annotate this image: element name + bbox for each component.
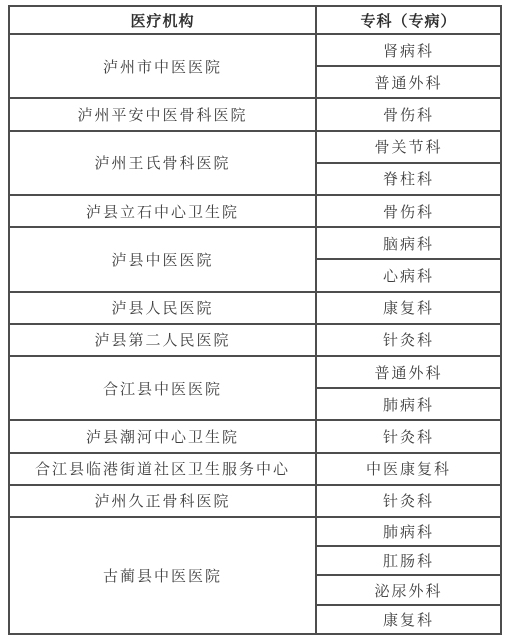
- institution-cell: 泸州市中医医院: [9, 34, 316, 98]
- specialty-cell: 脊柱科: [316, 163, 501, 195]
- institution-cell: 泸县人民医院: [9, 292, 316, 324]
- specialty-cell: 肺病科: [316, 388, 501, 420]
- specialty-cell: 脑病科: [316, 227, 501, 259]
- specialty-cell: 针灸科: [316, 420, 501, 452]
- table-row: 泸县立石中心卫生院骨伤科: [9, 195, 501, 227]
- institution-cell: 泸县潮河中心卫生院: [9, 420, 316, 452]
- header-specialty: 专科（专病）: [316, 6, 501, 34]
- institution-cell: 泸州王氏骨科医院: [9, 131, 316, 195]
- institution-cell: 泸州久正骨科医院: [9, 485, 316, 517]
- institution-cell: 泸县第二人民医院: [9, 324, 316, 356]
- table-header: 医疗机构 专科（专病）: [9, 6, 501, 34]
- table-row: 泸州平安中医骨科医院骨伤科: [9, 98, 501, 130]
- table-body: 泸州市中医医院肾病科普通外科泸州平安中医骨科医院骨伤科泸州王氏骨科医院骨关节科脊…: [9, 34, 501, 634]
- medical-institutions-table: 医疗机构 专科（专病） 泸州市中医医院肾病科普通外科泸州平安中医骨科医院骨伤科泸…: [8, 5, 502, 635]
- table-row: 古蔺县中医医院肺病科: [9, 517, 501, 546]
- table-row: 泸县中医医院脑病科: [9, 227, 501, 259]
- table-row: 泸州市中医医院肾病科: [9, 34, 501, 66]
- specialty-cell: 泌尿外科: [316, 575, 501, 604]
- specialty-cell: 普通外科: [316, 66, 501, 98]
- specialty-cell: 骨伤科: [316, 195, 501, 227]
- header-row: 医疗机构 专科（专病）: [9, 6, 501, 34]
- specialty-cell: 中医康复科: [316, 453, 501, 485]
- specialty-cell: 针灸科: [316, 485, 501, 517]
- specialty-cell: 针灸科: [316, 324, 501, 356]
- specialty-cell: 肛肠科: [316, 546, 501, 575]
- table-row: 泸县第二人民医院针灸科: [9, 324, 501, 356]
- table-row: 合江县中医医院普通外科: [9, 356, 501, 388]
- specialty-cell: 骨伤科: [316, 98, 501, 130]
- specialty-cell: 康复科: [316, 292, 501, 324]
- specialty-cell: 心病科: [316, 259, 501, 291]
- specialty-cell: 肾病科: [316, 34, 501, 66]
- specialty-cell: 普通外科: [316, 356, 501, 388]
- institution-cell: 合江县临港街道社区卫生服务中心: [9, 453, 316, 485]
- table-row: 泸州久正骨科医院针灸科: [9, 485, 501, 517]
- specialty-cell: 骨关节科: [316, 131, 501, 163]
- document-page: 医疗机构 专科（专病） 泸州市中医医院肾病科普通外科泸州平安中医骨科医院骨伤科泸…: [0, 0, 506, 640]
- specialty-cell: 肺病科: [316, 517, 501, 546]
- institution-cell: 泸州平安中医骨科医院: [9, 98, 316, 130]
- header-institution: 医疗机构: [9, 6, 316, 34]
- specialty-cell: 康复科: [316, 605, 501, 634]
- institution-cell: 泸县中医医院: [9, 227, 316, 291]
- institution-cell: 古蔺县中医医院: [9, 517, 316, 634]
- institution-cell: 泸县立石中心卫生院: [9, 195, 316, 227]
- table-row: 泸县人民医院康复科: [9, 292, 501, 324]
- institution-cell: 合江县中医医院: [9, 356, 316, 420]
- table-row: 合江县临港街道社区卫生服务中心中医康复科: [9, 453, 501, 485]
- table-row: 泸县潮河中心卫生院针灸科: [9, 420, 501, 452]
- table-row: 泸州王氏骨科医院骨关节科: [9, 131, 501, 163]
